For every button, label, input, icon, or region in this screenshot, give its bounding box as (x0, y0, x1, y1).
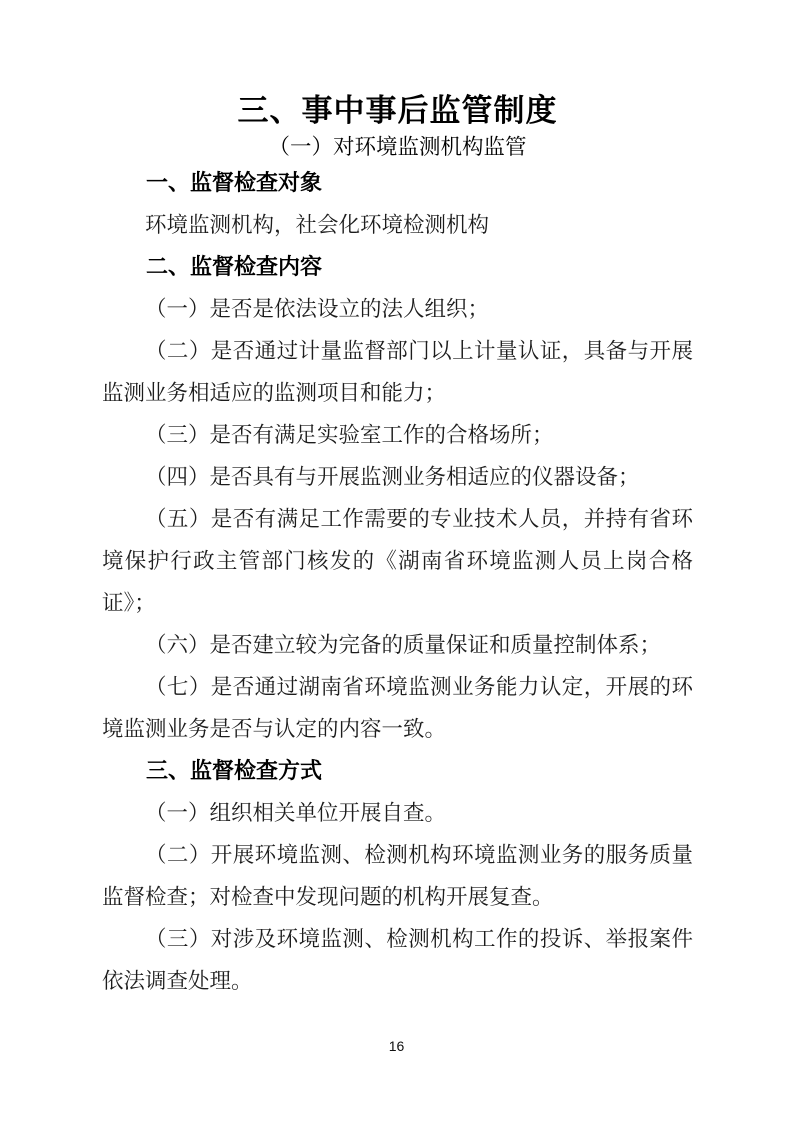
document-page: 三、事中事后监管制度 （一）对环境监测机构监管 一、监督检查对象 环境监测机构，… (0, 0, 793, 1122)
page-number: 16 (0, 1038, 793, 1054)
paragraph: （二）开展环境监测、检测机构环境监测业务的服务质量监督检查；对检查中发现问题的机… (102, 834, 693, 918)
paragraph: 环境监测机构，社会化环境检测机构 (102, 204, 693, 246)
paragraph: （七）是否通过湖南省环境监测业务能力认定，开展的环境监测业务是否与认定的内容一致… (102, 666, 693, 750)
paragraph: （四）是否具有与开展监测业务相适应的仪器设备； (102, 456, 693, 498)
document-title: 三、事中事后监管制度 (102, 90, 693, 132)
paragraph: （五）是否有满足工作需要的专业技术人员，并持有省环境保护行政主管部门核发的《湖南… (102, 498, 693, 624)
paragraph: （二）是否通过计量监督部门以上计量认证，具备与开展监测业务相适应的监测项目和能力… (102, 330, 693, 414)
document-content: 三、事中事后监管制度 （一）对环境监测机构监管 一、监督检查对象 环境监测机构，… (102, 0, 693, 1002)
paragraph: （一）是否是依法设立的法人组织； (102, 288, 693, 330)
paragraph: （六）是否建立较为完备的质量保证和质量控制体系； (102, 624, 693, 666)
section-heading-inspection-targets: 一、监督检查对象 (102, 162, 693, 204)
section-heading-inspection-methods: 三、监督检查方式 (102, 750, 693, 792)
section-heading-inspection-content: 二、监督检查内容 (102, 246, 693, 288)
paragraph: （三）是否有满足实验室工作的合格场所； (102, 414, 693, 456)
document-subtitle: （一）对环境监测机构监管 (102, 132, 693, 162)
paragraph: （一）组织相关单位开展自查。 (102, 792, 693, 834)
paragraph: （三）对涉及环境监测、检测机构工作的投诉、举报案件依法调查处理。 (102, 918, 693, 1002)
